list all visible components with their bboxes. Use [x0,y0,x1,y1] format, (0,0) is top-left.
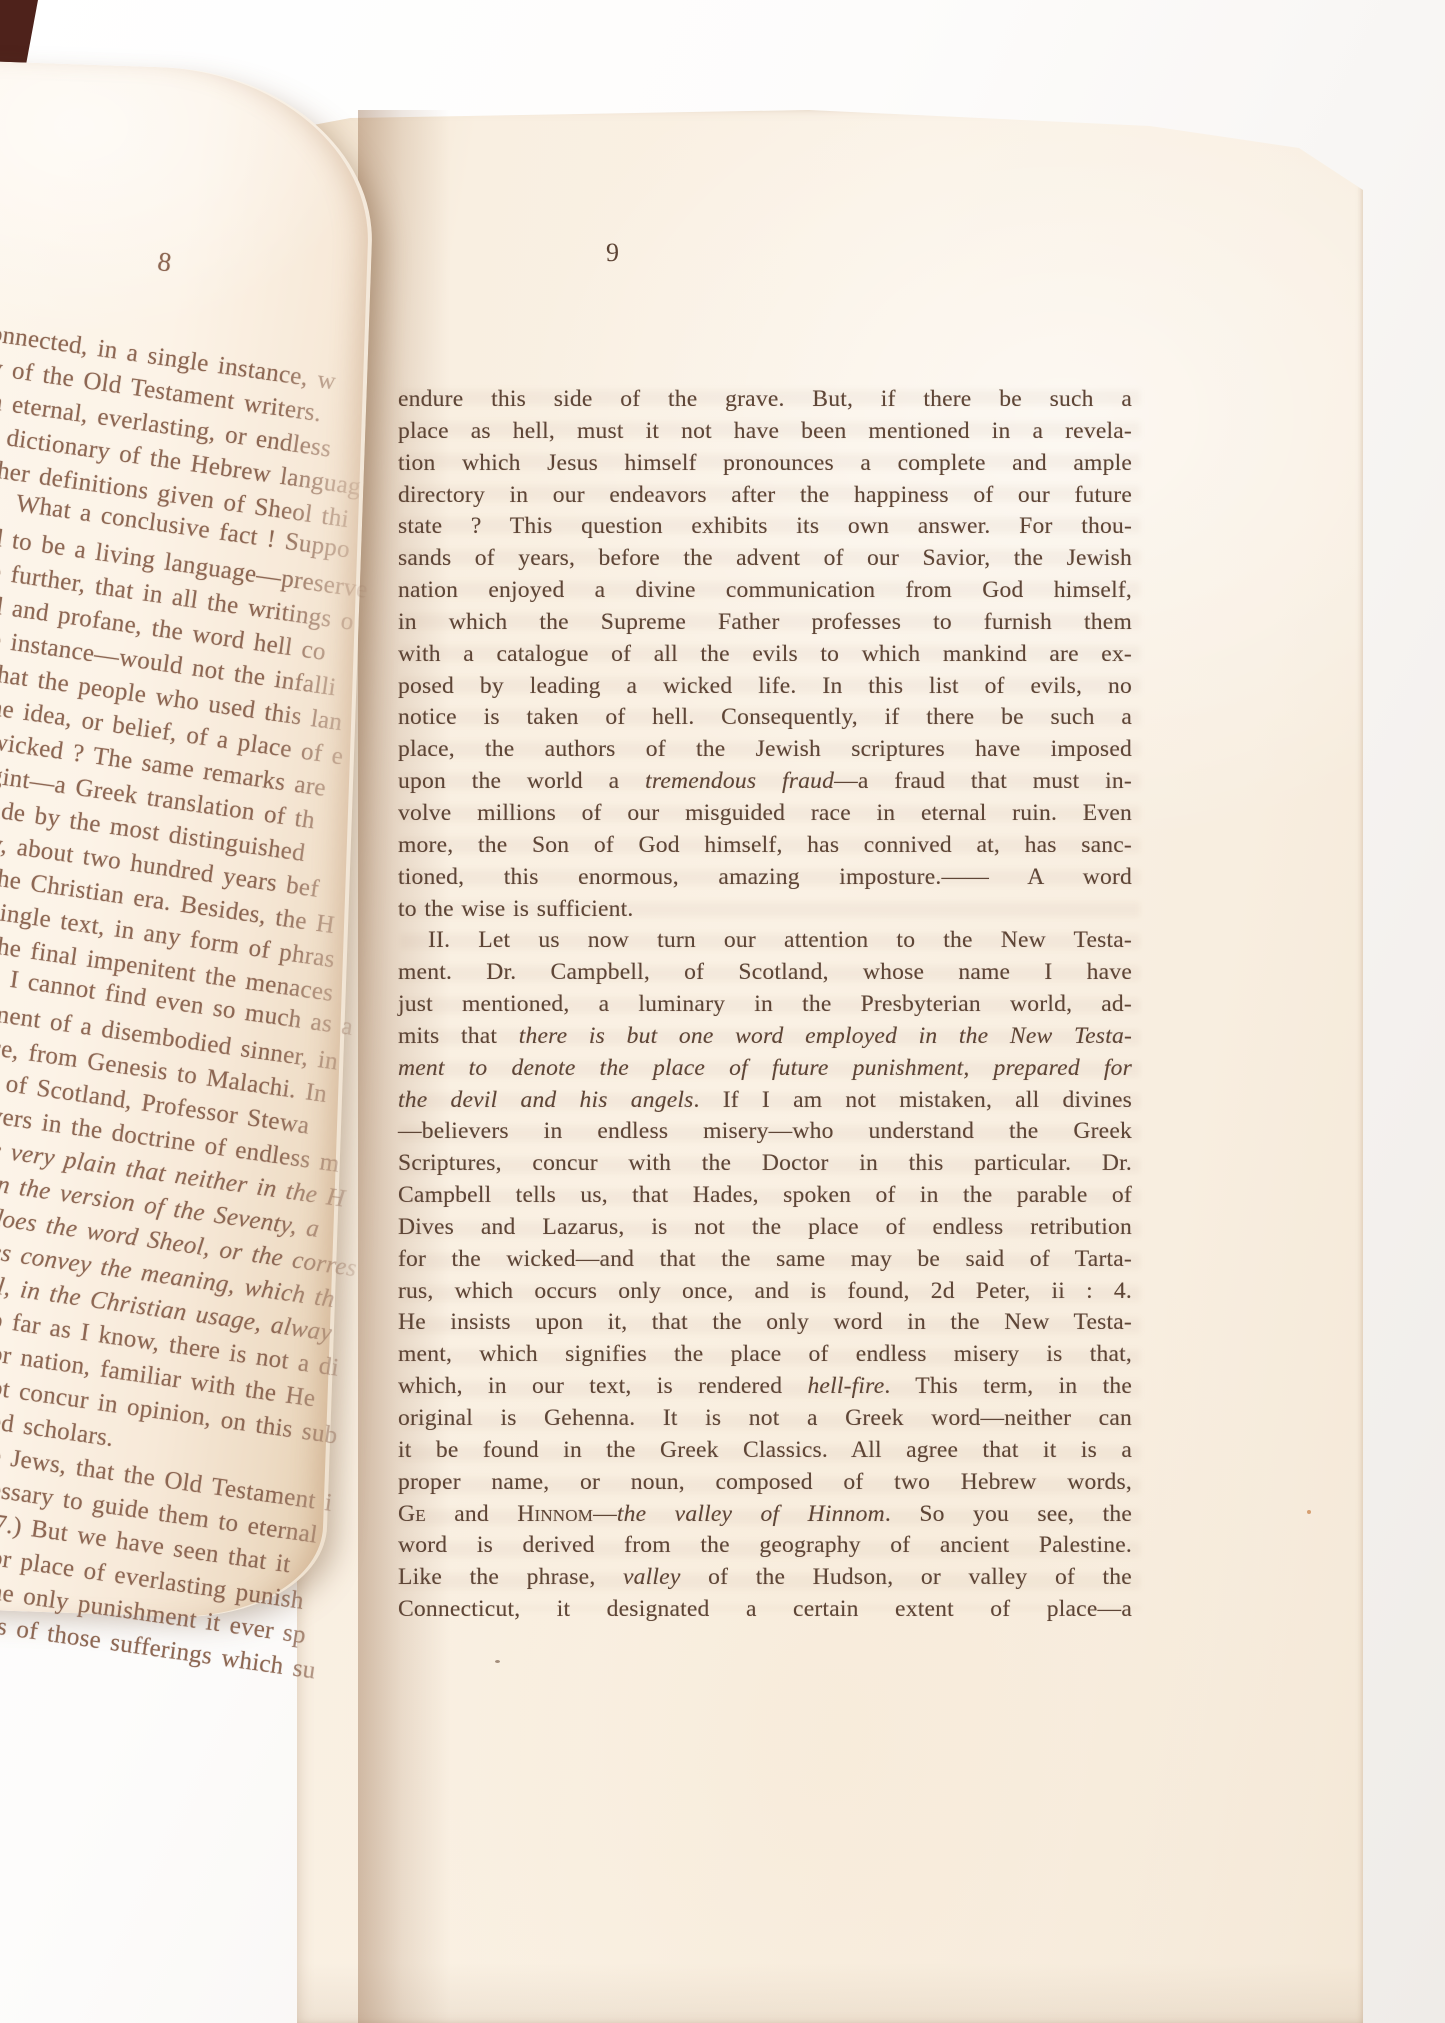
printed-line: tioned, this enormous, amazing imposture… [398,862,1132,894]
printed-line: tion which Jesus himself pronounces a co… [398,448,1132,480]
printed-line: ment. Dr. Campbell, of Scotland, whose n… [398,957,1132,989]
printed-line: volve millions of our misguided race in … [398,798,1132,830]
printed-line: He insists upon it, that the only word i… [398,1307,1132,1339]
printed-line: Dives and Lazarus, is not the place of e… [398,1212,1132,1244]
printed-line: for the wicked—and that the same may be … [398,1244,1132,1276]
printed-line: which, in our text, is rendered hell-fir… [398,1371,1132,1403]
printed-line: original is Gehenna. It is not a Greek w… [398,1403,1132,1435]
photo-canvas: 9 endure this side of the grave. But, if… [0,0,1445,2023]
printed-line: —believers in endless misery—who underst… [398,1116,1132,1148]
right-page-number: 9 [606,238,620,268]
paper-speck [1307,1510,1311,1514]
ink-dot [495,1660,500,1663]
printed-line: sands of years, before the advent of our… [398,543,1132,575]
printed-line: the devil and his angels. If I am not mi… [398,1085,1132,1117]
printed-line: Like the phrase, valley of the Hudson, o… [398,1562,1132,1594]
printed-line: proper name, or noun, composed of two He… [398,1467,1132,1499]
printed-line: nation enjoyed a divine communication fr… [398,575,1132,607]
printed-line: mits that there is but one word employed… [398,1021,1132,1053]
printed-line: state ? This question exhibits its own a… [398,511,1132,543]
printed-line: it be found in the Greek Classics. All a… [398,1435,1132,1467]
printed-line: place as hell, must it not have been men… [398,416,1132,448]
printed-line: posed by leading a wicked life. In this … [398,671,1132,703]
printed-line: word is derived from the geography of an… [398,1530,1132,1562]
printed-line: upon the world a tremendous fraud—a frau… [398,766,1132,798]
printed-line: in which the Supreme Father professes to… [398,607,1132,639]
printed-line: to the wise is sufficient. [398,894,1132,926]
printed-line: directory in our endeavors after the hap… [398,480,1132,512]
printed-line: Scriptures, concur with the Doctor in th… [398,1148,1132,1180]
printed-line: more, the Son of God himself, has conniv… [398,830,1132,862]
printed-line: Ge and Hinnom—the valley of Hinnom. So y… [398,1499,1132,1531]
printed-line: ts of those sufferings which su [0,1612,317,1685]
printed-line: II. Let us now turn our attention to the… [398,925,1132,957]
printed-line: Connecticut, it designated a certain ext… [398,1594,1132,1626]
left-page [0,60,378,1622]
printed-line: just mentioned, a luminary in the Presby… [398,989,1132,1021]
right-page-text: endure this side of the grave. But, if t… [398,384,1132,1626]
printed-line: with a catalogue of all the evils to whi… [398,639,1132,671]
printed-line: ment, which signifies the place of endle… [398,1339,1132,1371]
printed-line: notice is taken of hell. Consequently, i… [398,702,1132,734]
printed-line: endure this side of the grave. But, if t… [398,384,1132,416]
printed-line: place, the authors of the Jewish scriptu… [398,734,1132,766]
printed-line: Campbell tells us, that Hades, spoken of… [398,1180,1132,1212]
printed-line: ment to denote the place of future punis… [398,1053,1132,1085]
printed-line: rus, which occurs only once, and is foun… [398,1276,1132,1308]
